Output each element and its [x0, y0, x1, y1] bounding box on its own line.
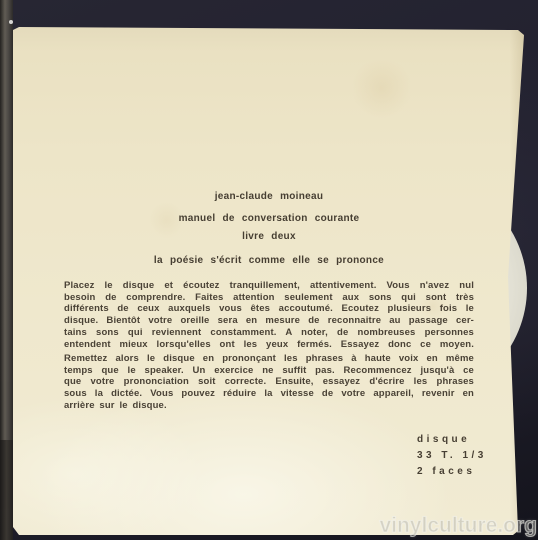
body-line: que votre prononciation soit correcte. E…	[64, 376, 474, 388]
watermark-vinylculture: vinylculture.org	[379, 514, 537, 538]
record-sleeve-back: jean-claude moineau manuel de conversati…	[13, 27, 525, 535]
album-title: manuel de conversation courante	[64, 213, 474, 224]
format-info: disque 33 T. 1/3 2 faces	[417, 432, 487, 480]
body-line: sous la dictée. Vous pouvez réduire la v…	[64, 388, 474, 400]
body-line: entendent mieux lorsqu'elles ont les yeu…	[64, 339, 474, 351]
format-line-faces: 2 faces	[417, 464, 487, 480]
left-frame-edge	[0, 0, 13, 440]
body-line: Remettez alors le disque en prononçant l…	[64, 353, 474, 365]
photo-background: jean-claude moineau manuel de conversati…	[0, 0, 538, 540]
instructions-paragraph-1: Placez le disque et écoutez tranquilleme…	[64, 280, 474, 350]
body-line: besoin de comprendre. Faites attention s…	[64, 292, 474, 304]
artist-name: jean-claude moineau	[64, 191, 474, 202]
subtitle: la poésie s'écrit comme elle se prononce	[64, 255, 474, 266]
body-line: temps que le speaker. Un exercice ne suf…	[64, 365, 474, 377]
volume-label: livre deux	[64, 231, 474, 242]
format-line-disque: disque	[417, 432, 487, 448]
body-line: tains sons qui reviennent constamment. A…	[64, 327, 474, 339]
format-line-speed: 33 T. 1/3	[417, 448, 487, 464]
body-line: disque. Bientôt votre oreille sera en me…	[64, 315, 474, 327]
body-line: Placez le disque et écoutez tranquilleme…	[64, 280, 474, 292]
instructions-paragraph-2: Remettez alors le disque en prononçant l…	[64, 353, 474, 412]
body-line: arrière sur le disque.	[64, 400, 474, 412]
dust-speck	[9, 20, 13, 24]
body-line: différents de ceux auxquels vous êtes ac…	[64, 303, 474, 315]
